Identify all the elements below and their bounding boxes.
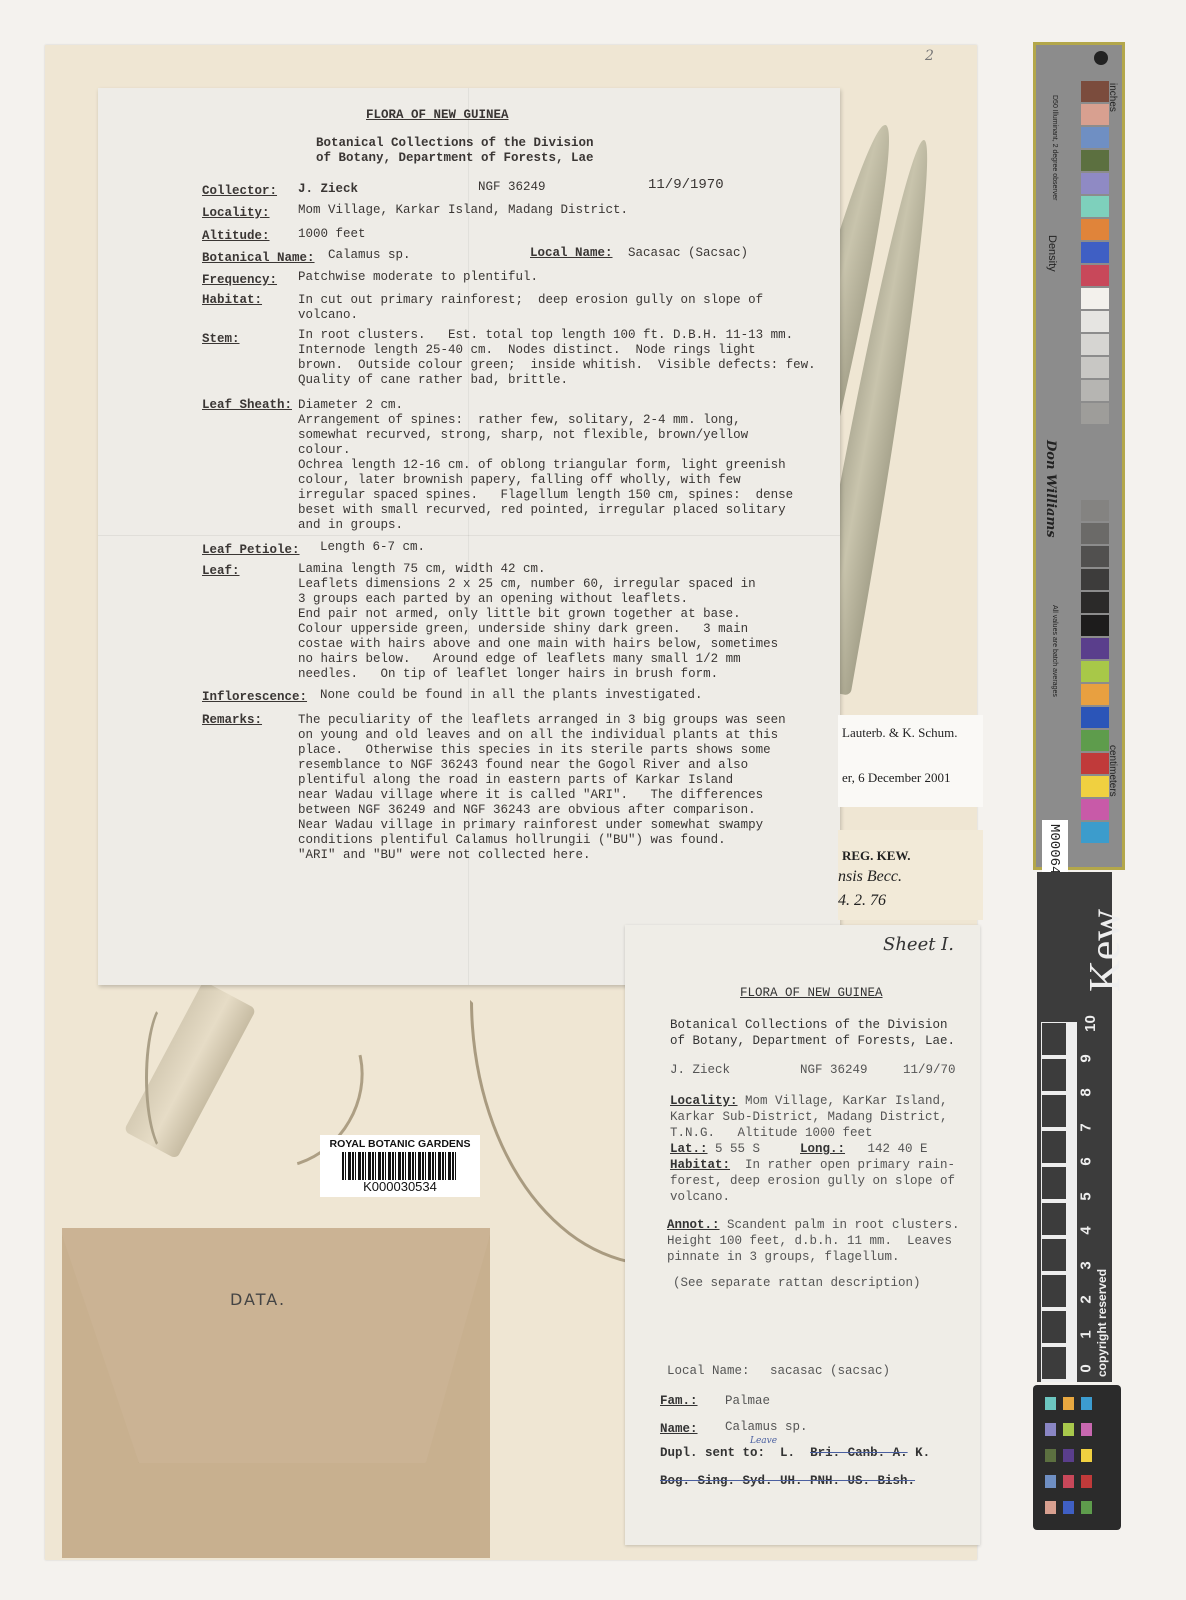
barcode-number: K000030534 bbox=[320, 1179, 480, 1194]
registration-dot bbox=[1094, 51, 1108, 65]
annot-line: pinnate in 3 groups, flagellum. bbox=[667, 1249, 900, 1265]
color-swatch bbox=[1081, 196, 1109, 217]
scale-segment bbox=[1041, 1310, 1067, 1344]
color-patch bbox=[1081, 1449, 1092, 1462]
leaf-sheath-line: Diameter 2 cm. bbox=[298, 398, 403, 413]
handwritten-date: 4. 2. 76 bbox=[838, 892, 886, 910]
remarks-line: conditions plentiful Calamus hollrungii … bbox=[298, 833, 726, 848]
collection-date: 11/9/1970 bbox=[648, 178, 724, 193]
color-swatch bbox=[1081, 707, 1109, 728]
color-swatch bbox=[1081, 219, 1109, 240]
color-swatch bbox=[1081, 569, 1109, 590]
color-patch bbox=[1045, 1449, 1056, 1462]
color-swatch bbox=[1081, 546, 1109, 567]
remarks-line: between NGF 36249 and NGF 36243 are obvi… bbox=[298, 803, 756, 818]
leaf-sheath-line: colour, later brownish papery, falling o… bbox=[298, 473, 741, 488]
color-swatch bbox=[1081, 500, 1109, 521]
scale-tick-label: 9 bbox=[1078, 1054, 1095, 1062]
locality-line: Karkar Sub-District, Madang District, bbox=[670, 1109, 948, 1125]
collector: J. Zieck bbox=[298, 182, 358, 197]
field-key: Lat.: bbox=[670, 1142, 708, 1156]
field-key: Stem: bbox=[202, 332, 240, 346]
field-key: Habitat: bbox=[202, 293, 262, 307]
color-swatch bbox=[1081, 81, 1109, 102]
leaf-line: costae with hairs above and one main wit… bbox=[298, 637, 778, 652]
habitat-line: volcano. bbox=[298, 308, 358, 323]
field-key: Leaf Sheath: bbox=[202, 398, 292, 412]
handwritten-name: nsis Becc. bbox=[838, 868, 902, 886]
barcode-label: ROYAL BOTANIC GARDENS KEW K000030534 bbox=[320, 1135, 480, 1197]
institution-line: of Botany, Department of Forests, Lae bbox=[316, 151, 594, 166]
color-swatch bbox=[1081, 288, 1109, 309]
color-swatch bbox=[1081, 265, 1109, 286]
color-swatch bbox=[1081, 104, 1109, 125]
scale-tick-label: 7 bbox=[1078, 1123, 1095, 1131]
color-swatch bbox=[1081, 357, 1109, 378]
field-key: Locality: bbox=[670, 1094, 738, 1108]
envelope-note: DATA. bbox=[230, 1290, 286, 1309]
paper-fold bbox=[98, 535, 840, 536]
inches-label: inches bbox=[1107, 83, 1118, 112]
color-patch bbox=[1063, 1475, 1074, 1488]
leaf-sheath-line: beset with small recurved, red pointed, … bbox=[298, 503, 786, 518]
remarks-line: resemblance to NGF 36243 found near the … bbox=[298, 758, 748, 773]
field-key: Leaf: bbox=[202, 564, 240, 578]
habitat-line: forest, deep erosion gully on slope of bbox=[670, 1173, 955, 1189]
field-key: Name: bbox=[660, 1422, 698, 1436]
local-name: sacasac (sacsac) bbox=[770, 1363, 890, 1379]
institution-line: of Botany, Department of Forests, Lae. bbox=[670, 1033, 955, 1049]
locality-line: T.N.G. Altitude 1000 feet bbox=[670, 1125, 873, 1141]
leaf-sheath-line: Ochrea length 12-16 cm. of oblong triang… bbox=[298, 458, 786, 473]
remarks-line: on young and old leaves and on all the i… bbox=[298, 728, 778, 743]
leaf-sheath-line: somewhat recurved, strong, sharp, not fl… bbox=[298, 428, 748, 443]
see-note: (See separate rattan description) bbox=[673, 1275, 921, 1291]
collection-number: NGF 36249 bbox=[478, 180, 546, 195]
scale-segment bbox=[1041, 1022, 1067, 1056]
label-title: FLORA OF NEW GUINEA bbox=[740, 985, 883, 1001]
longitude: 142 40 E bbox=[868, 1142, 928, 1156]
scale-tick-label: 5 bbox=[1078, 1192, 1095, 1200]
corner-mark: 2 bbox=[925, 48, 934, 64]
leaf-line: Leaflets dimensions 2 x 25 cm, number 60… bbox=[298, 577, 756, 592]
color-swatch bbox=[1081, 592, 1109, 613]
color-patch bbox=[1081, 1423, 1092, 1436]
remarks-line: "ARI" and "BU" were not collected here. bbox=[298, 848, 591, 863]
collection-date: 11/9/70 bbox=[903, 1062, 956, 1078]
scale-bar: Kew copyright reserved 012345678910 bbox=[1037, 872, 1112, 1382]
collection-number: NGF 36249 bbox=[800, 1062, 868, 1078]
habitat-line: In rather open primary rain- bbox=[730, 1158, 955, 1172]
color-patch bbox=[1063, 1449, 1074, 1462]
scale-segment bbox=[1041, 1202, 1067, 1236]
scale-tick-label: 0 bbox=[1078, 1364, 1095, 1372]
label-title: FLORA OF NEW GUINEA bbox=[366, 108, 509, 123]
color-patch bbox=[1045, 1397, 1056, 1410]
family: Palmae bbox=[725, 1393, 770, 1409]
color-swatch bbox=[1081, 334, 1109, 355]
field-key: Annot.: bbox=[667, 1218, 720, 1232]
habitat-line: In cut out primary rainforest; deep eros… bbox=[298, 293, 763, 308]
field-key: Frequency: bbox=[202, 273, 277, 287]
botanical-name: Calamus sp. bbox=[328, 248, 411, 263]
remarks-line: plentiful along the road in eastern part… bbox=[298, 773, 733, 788]
field-key: Botanical Name: bbox=[202, 251, 315, 265]
scale-tick-label: 1 bbox=[1078, 1330, 1095, 1338]
stem-line: In root clusters. Est. total top length … bbox=[298, 328, 793, 343]
color-swatch bbox=[1081, 311, 1109, 332]
color-patch bbox=[1081, 1397, 1092, 1410]
field-key: Local Name: bbox=[530, 246, 613, 260]
field-key: Altitude: bbox=[202, 229, 270, 243]
color-patch bbox=[1045, 1423, 1056, 1436]
copyright-notice: copyright reserved bbox=[1095, 1269, 1109, 1377]
field-key: Fam.: bbox=[660, 1394, 698, 1408]
stem-line: Internode length 25-40 cm. Nodes distinc… bbox=[298, 343, 756, 358]
leaf-sheath-line: and in groups. bbox=[298, 518, 403, 533]
color-swatch bbox=[1081, 523, 1109, 544]
color-patch bbox=[1063, 1423, 1074, 1436]
color-swatch bbox=[1081, 661, 1109, 682]
field-key: Inflorescence: bbox=[202, 690, 307, 704]
leaf-sheath-line: colour. bbox=[298, 443, 351, 458]
scale-tick-label: 4 bbox=[1078, 1226, 1095, 1234]
frequency: Patchwise moderate to plentiful. bbox=[298, 270, 538, 285]
scale-segment bbox=[1041, 1058, 1067, 1092]
determination-date: er, 6 December 2001 bbox=[842, 770, 951, 786]
field-key: Long.: bbox=[800, 1142, 845, 1156]
leaf-sheath-line: irregular spaced spines. Flagellum lengt… bbox=[298, 488, 793, 503]
leaf-sheath-line: Arrangement of spines: rather few, solit… bbox=[298, 413, 741, 428]
color-patch bbox=[1045, 1501, 1056, 1514]
scale-segment bbox=[1041, 1274, 1067, 1308]
scale-tick-label: 8 bbox=[1078, 1088, 1095, 1096]
field-key: Locality: bbox=[202, 206, 270, 220]
color-swatch bbox=[1081, 127, 1109, 148]
color-swatch bbox=[1081, 822, 1109, 843]
latitude: 5 55 S bbox=[715, 1142, 760, 1156]
leaf-line: End pair not armed, only little bit grow… bbox=[298, 607, 741, 622]
remarks-line: place. Otherwise this species in its ste… bbox=[298, 743, 771, 758]
color-swatch bbox=[1081, 615, 1109, 636]
remarks-line: Near Wadau village in primary rainforest… bbox=[298, 818, 763, 833]
scale-segment bbox=[1041, 1094, 1067, 1128]
sheet-note: Sheet I. bbox=[883, 937, 954, 953]
locality-line: Mom Village, KarKar Island, bbox=[738, 1094, 948, 1108]
scale-segment bbox=[1041, 1166, 1067, 1200]
scale-tick-label: 3 bbox=[1078, 1261, 1095, 1269]
determination-slip: Lauterb. & K. Schum. er, 6 December 2001 bbox=[838, 715, 983, 807]
stem-line: Quality of cane rather bad, brittle. bbox=[298, 373, 568, 388]
collector: J. Zieck bbox=[670, 1062, 730, 1078]
color-swatch bbox=[1081, 150, 1109, 171]
color-patch bbox=[1081, 1501, 1092, 1514]
annot-line: Height 100 feet, d.b.h. 11 mm. Leaves bbox=[667, 1233, 952, 1249]
field-label: Sheet I. FLORA OF NEW GUINEA Botanical C… bbox=[625, 925, 980, 1545]
color-swatch bbox=[1081, 776, 1109, 797]
color-swatch bbox=[1081, 638, 1109, 659]
local-name: Sacasac (Sacsac) bbox=[628, 246, 748, 261]
color-patch-chart bbox=[1033, 1385, 1121, 1530]
color-swatch bbox=[1081, 380, 1109, 401]
field-key: Remarks: bbox=[202, 713, 262, 727]
field-key: Dupl. sent to: bbox=[660, 1446, 765, 1460]
density-label: Density bbox=[1046, 235, 1058, 272]
illuminant-note: D50 Illuminant, 2 degree observer bbox=[1051, 95, 1058, 200]
color-swatch bbox=[1081, 753, 1109, 774]
field-key: Collector: bbox=[202, 184, 277, 198]
remarks-line: near Wadau village where it is called "A… bbox=[298, 788, 763, 803]
color-patch bbox=[1063, 1397, 1074, 1410]
scale-segment bbox=[1041, 1346, 1067, 1380]
scale-tick-label: 2 bbox=[1078, 1295, 1095, 1303]
herbarium-header: REG. KEW. bbox=[842, 848, 911, 864]
color-patch bbox=[1081, 1475, 1092, 1488]
field-key: Local Name: bbox=[667, 1363, 750, 1379]
color-calibration-chart: inches centimeters Density D50 Illuminan… bbox=[1033, 42, 1125, 870]
locality: Mom Village, Karkar Island, Madang Distr… bbox=[298, 203, 628, 218]
leaf-petiole: Length 6-7 cm. bbox=[320, 540, 425, 555]
leaf-line: Colour upperside green, underside shiny … bbox=[298, 622, 748, 637]
annot-line: Scandent palm in root clusters. bbox=[720, 1218, 960, 1232]
duplicate-struck: Bri. Canb. A. bbox=[810, 1446, 908, 1460]
institution-line: Botanical Collections of the Division bbox=[316, 136, 594, 151]
color-swatch bbox=[1081, 730, 1109, 751]
color-swatch bbox=[1081, 242, 1109, 263]
color-swatch bbox=[1081, 799, 1109, 820]
habitat-line: volcano. bbox=[670, 1189, 730, 1205]
brand-name: Don Williams bbox=[1043, 440, 1058, 538]
batch-note: All values are batch averages bbox=[1051, 605, 1058, 697]
flagellum bbox=[145, 1000, 191, 1156]
scale-segment bbox=[1041, 1238, 1067, 1272]
duplicate-kept: L. bbox=[780, 1446, 795, 1460]
leaf-line: Lamina length 75 cm, width 42 cm. bbox=[298, 562, 546, 577]
duplicate-kept: K. bbox=[915, 1446, 930, 1460]
stem-line: brown. Outside colour green; inside whit… bbox=[298, 358, 816, 373]
herbarium-slip: REG. KEW. nsis Becc. 4. 2. 76 bbox=[838, 830, 983, 920]
color-swatch bbox=[1081, 173, 1109, 194]
determination-authors: Lauterb. & K. Schum. bbox=[842, 725, 958, 741]
duplicate-struck: Bog. Sing. Syd. UH. PNH. US. Bish. bbox=[660, 1474, 915, 1488]
altitude: 1000 feet bbox=[298, 227, 366, 242]
leaf-line: 3 groups each parted by an opening witho… bbox=[298, 592, 688, 607]
centimeters-label: centimeters bbox=[1107, 745, 1118, 797]
color-patch bbox=[1063, 1501, 1074, 1514]
field-key: Habitat: bbox=[670, 1158, 730, 1172]
scale-tick-label: 10 bbox=[1082, 1015, 1099, 1032]
leaf-line: no hairs below. Around edge of leaflets … bbox=[298, 652, 741, 667]
color-patch bbox=[1045, 1475, 1056, 1488]
field-key: Leaf Petiole: bbox=[202, 543, 300, 557]
barcode-icon bbox=[342, 1152, 457, 1180]
kew-logo: Kew bbox=[1079, 909, 1130, 992]
scale-tick-label: 6 bbox=[1078, 1157, 1095, 1165]
inflorescence: None could be found in all the plants in… bbox=[320, 688, 703, 703]
institution-line: Botanical Collections of the Division bbox=[670, 1017, 948, 1033]
color-swatch bbox=[1081, 684, 1109, 705]
remarks-line: The peculiarity of the leaflets arranged… bbox=[298, 713, 786, 728]
typed-collection-label: FLORA OF NEW GUINEA Botanical Collection… bbox=[98, 88, 840, 985]
scale-segment bbox=[1041, 1130, 1067, 1164]
leaf-line: needles. On tip of leaflet longer hairs … bbox=[298, 667, 718, 682]
color-swatch bbox=[1081, 403, 1109, 424]
